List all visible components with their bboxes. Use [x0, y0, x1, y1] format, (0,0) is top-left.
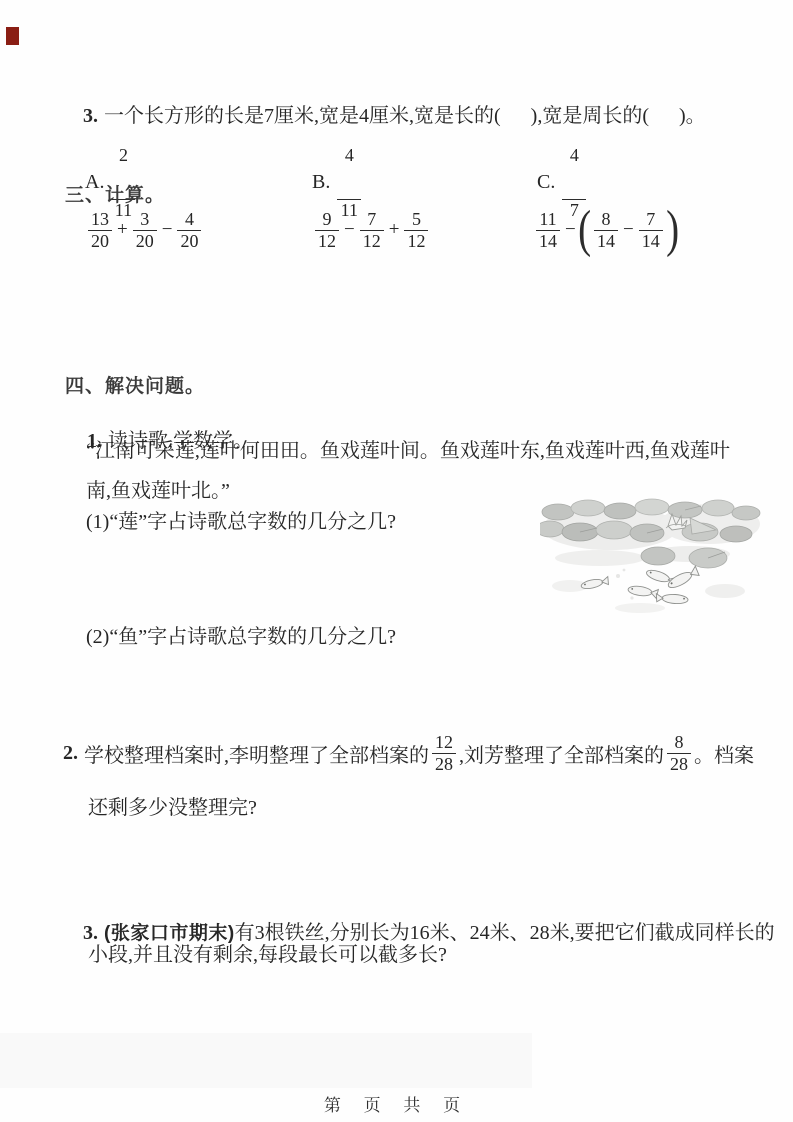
calc-expression-2: 912 − 712 + 512 [312, 210, 431, 251]
exam-source-tag: (张家口市期末) [104, 923, 235, 944]
scan-shade-band [0, 1033, 532, 1088]
plus-operator: + [117, 219, 128, 241]
problem-1-sub-1: (1)“莲”字占诗歌总字数的几分之几? [86, 511, 396, 534]
scan-red-mark [6, 27, 19, 45]
question-text: 一个长方形的长是7厘米,宽是4厘米,宽是长的( ),宽是周长的( )。 [104, 105, 706, 127]
option-c-label: C. [537, 171, 555, 194]
minus-operator: − [162, 219, 173, 241]
problem-1-sub-2: (2)“鱼”字占诗歌总字数的几分之几? [86, 626, 396, 649]
minus-operator: − [344, 219, 355, 241]
problem-2-line-2: 还剩多少没整理完? [88, 797, 257, 820]
problem-2-line-1: 2.学校整理档案时,李明整理了全部档案的1228,刘芳整理了全部档案的828。档… [63, 727, 754, 779]
poem-line-1: “江南可采莲,莲叶何田田。鱼戏莲叶间。鱼戏莲叶东,鱼戏莲叶西,鱼戏莲叶 [86, 440, 730, 463]
section-title-calc: 三、计算。 [65, 180, 165, 207]
calc-expression-1: 1320 + 320 − 420 [85, 210, 204, 251]
page-footer: 第 页 共 页 [0, 1091, 793, 1116]
calc-expression-3: 1114 − ( 814 − 714 ) [533, 210, 679, 251]
fraction: 1228 [432, 733, 456, 774]
worksheet-page: 3.一个长方形的长是7厘米,宽是4厘米,宽是长的( ),宽是周长的( )。 A.… [0, 0, 793, 1122]
minus-operator: − [623, 219, 634, 241]
poem-line-2: 南,鱼戏莲叶北。” [86, 480, 230, 503]
plus-operator: + [389, 219, 400, 241]
option-b-label: B. [312, 171, 330, 194]
fish-group [580, 566, 700, 604]
fraction: 828 [667, 733, 691, 774]
question-3-choice: 3.一个长方形的长是7厘米,宽是4厘米,宽是长的( ),宽是周长的( )。 [63, 82, 706, 151]
minus-operator: − [565, 219, 576, 241]
section-title-solve: 四、解决问题。 [65, 371, 205, 398]
lotus-pond-illustration [540, 496, 762, 616]
problem-3-line-2: 小段,并且没有剩余,每段最长可以截多长? [88, 944, 447, 967]
